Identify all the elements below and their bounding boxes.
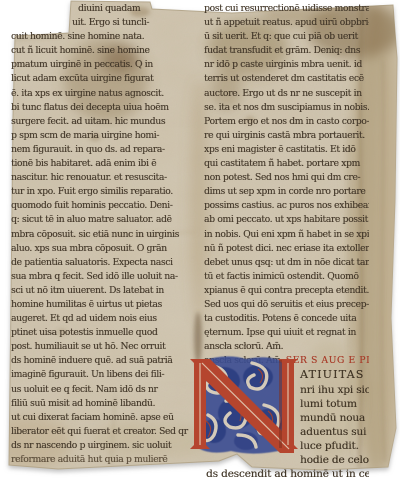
text-line: mbra cōposuit. sic etiā nunc in uirginis (11, 228, 195, 242)
text-line: uit. Ergo si tuncli- (11, 16, 195, 30)
bottom-line: ds descendit ad hominē ut in celo (204, 467, 369, 481)
text-line: ta custoditis. Potens ē concede uita (204, 312, 369, 326)
text-line: tur in xpo. Fuit ergo similis reparatio. (11, 185, 195, 199)
text-line: fudat transfudit et grām. Deniq: dns (204, 44, 369, 58)
text-line: aluo. xps sua mbra cōposuit. O grān (11, 242, 195, 256)
text-line: Sed uos qui dō seruitis et eius precep- (204, 298, 369, 312)
text-line: re qui uirginis castā mbra portauerit. (204, 129, 369, 143)
text-line: q: sicut tē in aluo matre saluator. adē (11, 213, 195, 227)
text-line: ptinet uisa potestis inmuelle quod (11, 326, 195, 340)
text-line: surgere fecit. ad uitam. hic mundus (11, 115, 195, 129)
text-line: homine humilitas ē uirtus ut pietas (11, 298, 195, 312)
text-line: nem figurauit. in quo ds. ad repara- (11, 143, 195, 157)
text-line: liberator eēt qui fuerat et creator. Sed… (11, 425, 195, 439)
text-line: Portem ergo et nos dm in casto corpo- (204, 115, 369, 129)
text-line: ū sit uerit. Et q: que cui piā ob uerit (204, 30, 369, 44)
text-line: possims castius. ac puros nos exhibeams (204, 199, 369, 213)
text-line: imaginē figurauit. Un libens dei fili- (11, 368, 195, 382)
text-line: reformare aduitā hut quia p mulierē (11, 453, 195, 467)
text-line: ab omi peccato. ut xps habitare possit (204, 213, 369, 227)
text-line: pmatum uirginē in peccatis. Q in (11, 58, 195, 72)
text-line: xpianus ē qui contra precepta etendit. (204, 284, 369, 298)
text-line: auctore. Ergo ut ds nr ne suscepit in (204, 87, 369, 101)
text-line: us uoluit ee q fecit. Nam idō ds nr (11, 383, 195, 397)
illuminated-initial-n (186, 351, 300, 457)
text-line: quomodo fuit hominis peccatio. Deni- (11, 199, 195, 213)
text-column-left: diuini quadamuit. Ergo si tuncli-cuit ho… (11, 2, 195, 467)
text-line: cuit hominē. sine homine nata. (11, 30, 195, 44)
text-line: de patientia saluatoris. Expecta nasci (11, 256, 195, 270)
text-line: se. ita et nos dm suscipiamus in nobis. (204, 101, 369, 115)
text-line: post cui resurrectionē uidisse monstrat. (204, 2, 369, 16)
text-line: ē. ita xps ex uirgine natus agnoscit. (11, 87, 195, 101)
text-line: ut ñ appetuit reatus. apud uirū obpbri- (204, 16, 369, 30)
text-line: diuini quadam (11, 2, 195, 16)
text-line: p spm scm de maria uirgine homi- (11, 129, 195, 143)
text-line: tū et factis inimicū ostendit. Quomō (204, 270, 369, 284)
text-line: xps eni magister ē castitatis. Et idō (204, 143, 369, 157)
text-line: cut ñ licuit hominē. sine homine (11, 44, 195, 58)
text-line: licut adam excūta uirgine figurat (11, 72, 195, 86)
text-line: dims ut sep xpm in corde nro portare (204, 185, 369, 199)
text-line: augeret. Et qd ad uidem nois eius (11, 312, 195, 326)
text-line: nascitur. hic renouatur. et resuscita- (11, 171, 195, 185)
text-line: ut cui dixerat faciam hominē. apse eū (11, 411, 195, 425)
text-line: non potest. Sed nos hmi qui dm cre- (204, 171, 369, 185)
text-line: post. humiliauit se ut hō. Nec orruit (11, 340, 195, 354)
text-line: in nobis. Qui eni xpm ñ habet in se xpia… (204, 228, 369, 242)
text-line: debet unus qsq: ut dm in nōe dicat tan- (204, 256, 369, 270)
text-line: nū ñ potest dici. nec eriase ita extolle… (204, 242, 369, 256)
text-line: terris ut ostenderet dm castitatis ecē (204, 72, 369, 86)
text-line: qui castitatem ñ habet. portare xpm (204, 157, 369, 171)
text-line: bi tunc flatus dei decepta uiua hoēm (11, 101, 195, 115)
text-line: nr idō p caste uirginis mbra uenit. id (204, 58, 369, 72)
text-line: filiū suū misit ad hominē libandū. (11, 397, 195, 411)
text-line: ds nr nascendo p uirginem. sic uoluit (11, 439, 195, 453)
text-line: ęternum. Ipse qui uiuit et regnat in (204, 326, 369, 340)
manuscript-photo: diuini quadamuit. Ergo si tuncli-cuit ho… (0, 0, 400, 483)
text-line: ds hominē induere quē. ad suā patriā (11, 354, 195, 368)
text-line: sci ut nō itm uiuerent. Ds latebat in (11, 284, 195, 298)
text-line: tionē bis habitaret. adā enim ibi ē (11, 157, 195, 171)
text-line: sua mbra q fecit. Sed idō ille uoluit na… (11, 270, 195, 284)
